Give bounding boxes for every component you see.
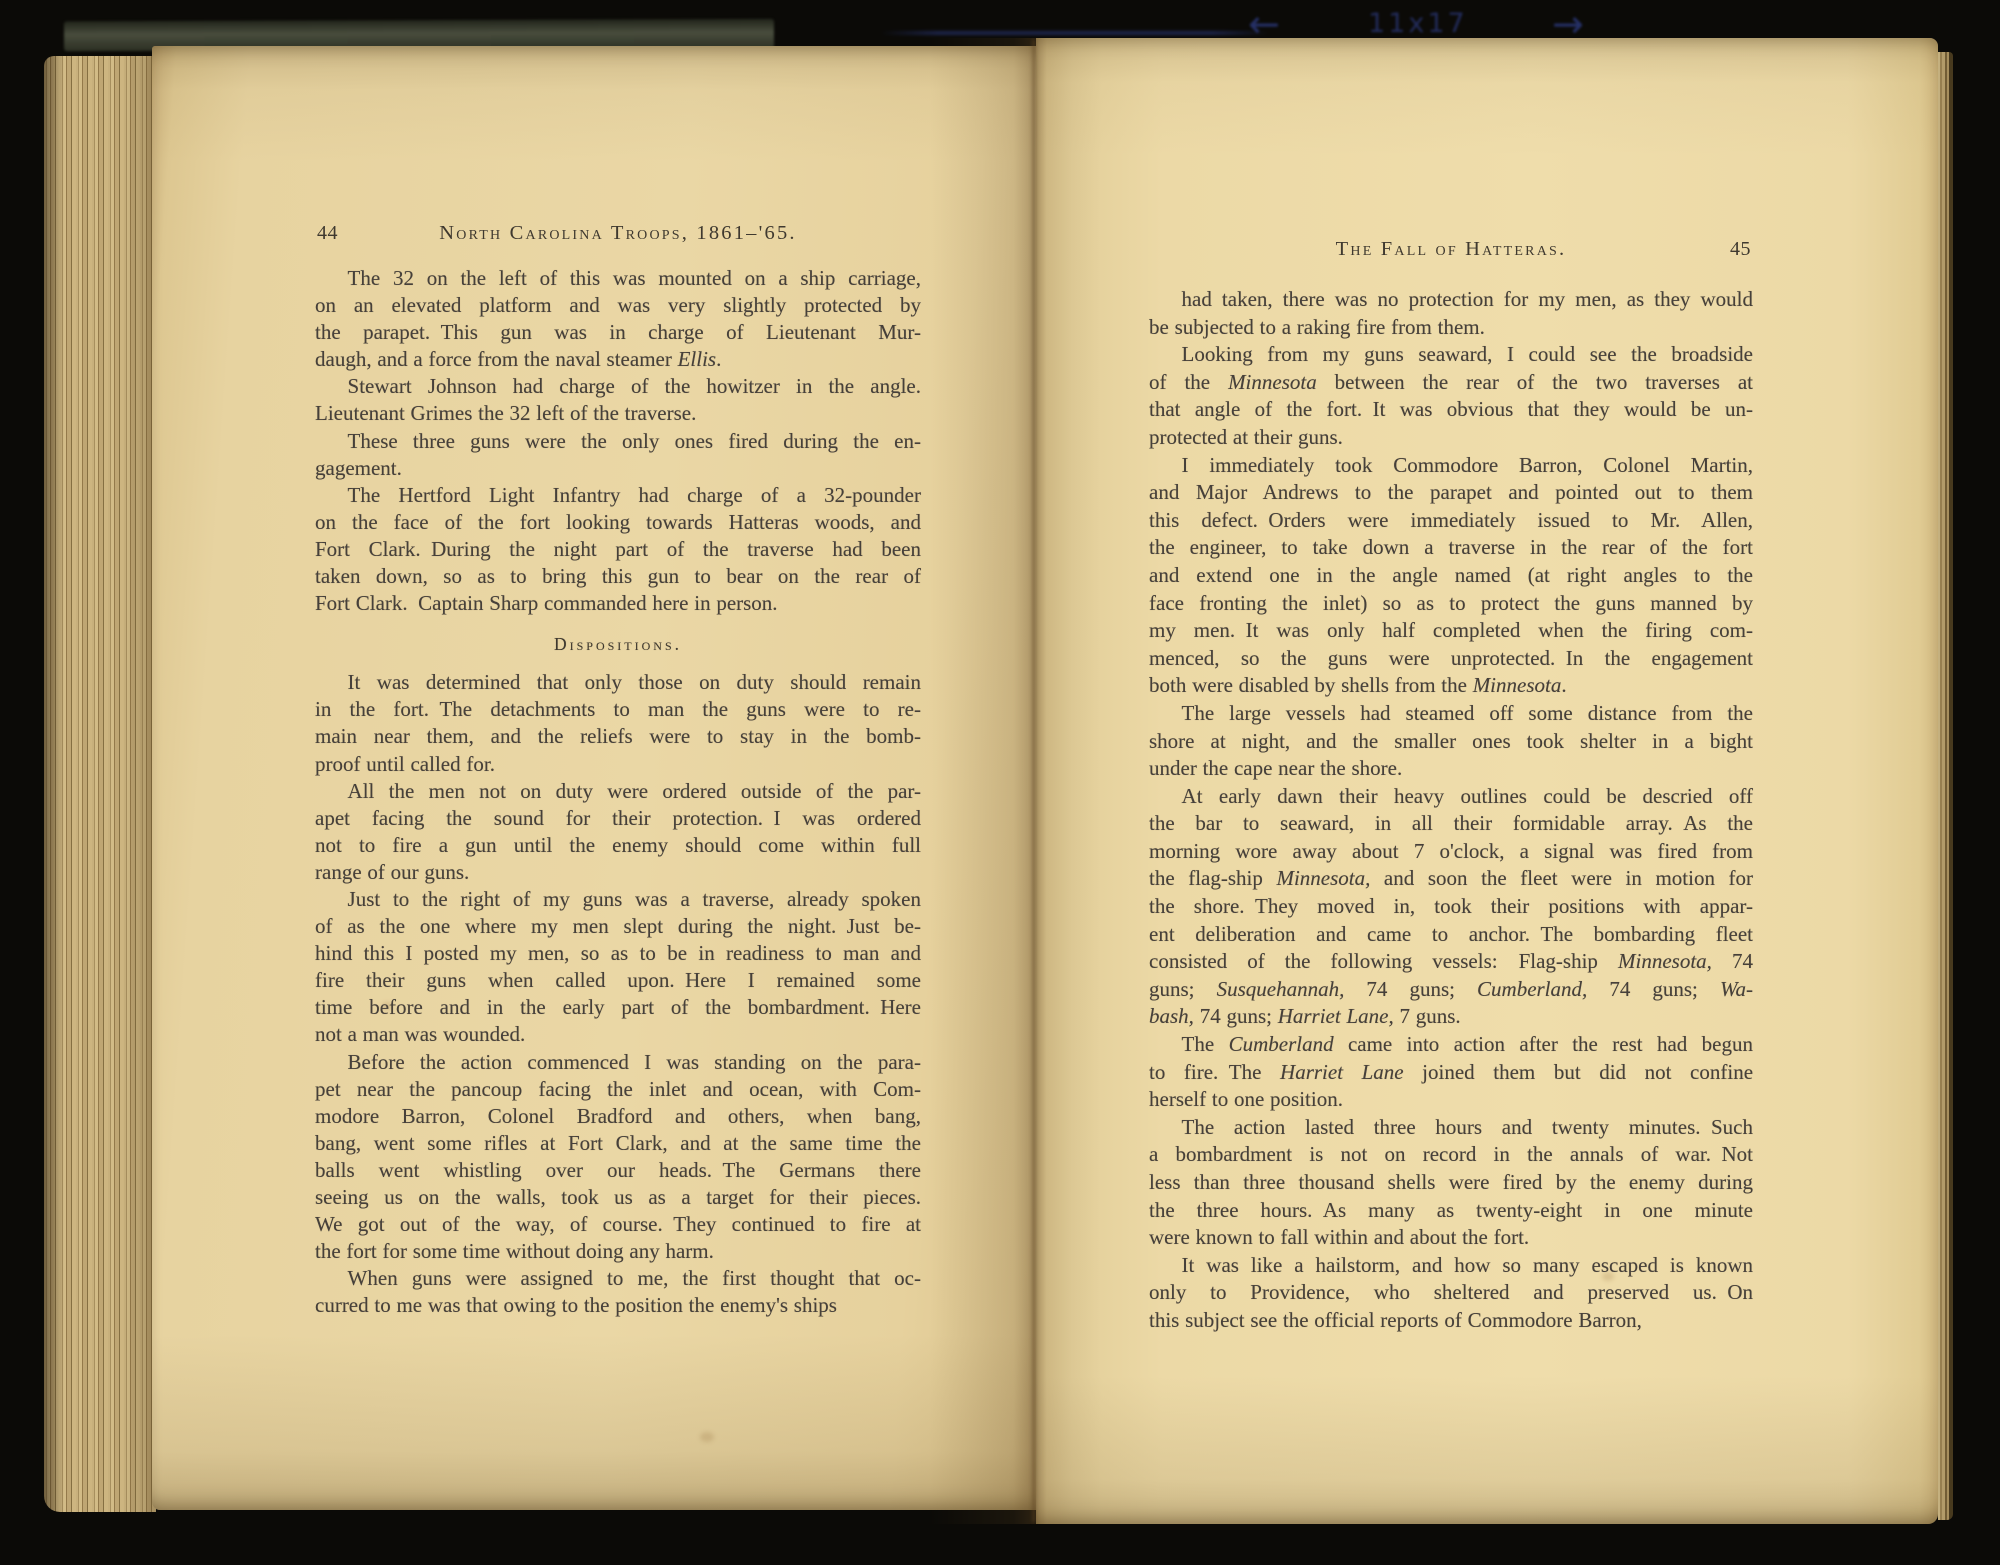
text-line: time before and in the early part of the… (315, 994, 921, 1021)
text-line: that angle of the fort. It was obvious t… (1149, 396, 1753, 424)
text-line: apet facing the sound for their protecti… (315, 805, 921, 832)
text-line: face fronting the inlet) so as to protec… (1149, 590, 1753, 618)
text-line: the flag-ship Minnesota, and soon the fl… (1149, 865, 1753, 893)
paragraph: had taken, there was no protection for m… (1149, 286, 1753, 341)
text-line: were known to fall within and about the … (1149, 1224, 1753, 1252)
text-line: and extend one in the angle named (at ri… (1149, 562, 1753, 590)
text-line: bash, 74 guns; Harriet Lane, 7 guns. (1149, 1003, 1753, 1031)
text-line: only to Providence, who sheltered and pr… (1149, 1279, 1753, 1307)
paragraph: The Cumberland came into action after th… (1149, 1031, 1753, 1114)
text-line: fire their guns when called upon. Here I… (315, 967, 921, 994)
text-line: shore at night, and the smaller ones too… (1149, 728, 1753, 756)
text-line: The Cumberland came into action after th… (1149, 1031, 1753, 1059)
paragraph: It was determined that only those on dut… (315, 669, 921, 777)
text-line: curred to me was that owing to the posit… (315, 1292, 921, 1319)
age-spot (700, 1432, 714, 1442)
paragraph: When guns were assigned to me, the first… (315, 1265, 921, 1319)
text-line: less than three thousand shells were fir… (1149, 1169, 1753, 1197)
ship-name: Ellis (678, 347, 717, 371)
paragraph: The action lasted three hours and twenty… (1149, 1114, 1753, 1252)
text-line: had taken, there was no protection for m… (1149, 286, 1753, 314)
text-line: ent deliberation and came to anchor. The… (1149, 921, 1753, 949)
text-line: These three guns were the only ones fire… (315, 428, 921, 455)
text-line: Fort Clark. During the night part of the… (315, 536, 921, 563)
text-line: The large vessels had steamed off some d… (1149, 700, 1753, 728)
ship-name: Cumberland (1229, 1032, 1334, 1056)
text-line: I immediately took Commodore Barron, Col… (1149, 452, 1753, 480)
right-page-content: The Fall of Hatteras. 45 had taken, ther… (1149, 236, 1753, 1335)
scanned-book-spread: ← 11x17 → 44 North Carolina Troops, 1861… (0, 0, 2000, 1565)
paragraph: Stewart Johnson had charge of the howitz… (315, 373, 921, 427)
ship-name: Minnesota (1228, 370, 1317, 394)
text-line: on the face of the fort looking towards … (315, 509, 921, 536)
text-line: It was determined that only those on dut… (315, 669, 921, 696)
text-line: be subjected to a raking fire from them. (1149, 314, 1753, 342)
paragraph: The large vessels had steamed off some d… (1149, 700, 1753, 783)
ship-name: Cumberland, (1477, 977, 1587, 1001)
paragraph: The Hertford Light Infantry had charge o… (315, 482, 921, 617)
paragraph: Looking from my guns seaward, I could se… (1149, 341, 1753, 451)
paragraph: All the men not on duty were ordered out… (315, 778, 921, 886)
page-number-left: 44 (317, 220, 338, 246)
text-line: proof until called for. (315, 751, 921, 778)
ship-name: Susquehannah, (1217, 977, 1345, 1001)
text-line: modore Barron, Colonel Bradford and othe… (315, 1103, 921, 1130)
text-line: both were disabled by shells from the Mi… (1149, 672, 1753, 700)
text-line: range of our guns. (315, 859, 921, 886)
scan-ruler-line (880, 31, 1270, 35)
text-line: At early dawn their heavy outlines could… (1149, 783, 1753, 811)
text-line: balls went whistling over our heads. The… (315, 1157, 921, 1184)
text-line: Fort Clark. Captain Sharp commanded here… (315, 590, 921, 617)
text-line: the bar to seaward, in all their formida… (1149, 810, 1753, 838)
ship-name: Minnesota, (1276, 866, 1370, 890)
text-line: taken down, so as to bring this gun to b… (315, 563, 921, 590)
paragraph: The 32 on the left of this was mounted o… (315, 265, 921, 373)
text-line: a bombardment is not on record in the an… (1149, 1141, 1753, 1169)
text-line: Before the action commenced I was standi… (315, 1049, 921, 1076)
paragraph: It was like a hailstorm, and how so many… (1149, 1252, 1753, 1335)
paragraph: Before the action commenced I was standi… (315, 1049, 921, 1266)
text-line: We got out of the way, of course. They c… (315, 1211, 921, 1238)
text-line: morning wore away about 7 o'clock, a sig… (1149, 838, 1753, 866)
text-line: this defect. Orders were immediately iss… (1149, 507, 1753, 535)
paragraph: Just to the right of my guns was a trave… (315, 886, 921, 1049)
text-line: Stewart Johnson had charge of the howitz… (315, 373, 921, 400)
ship-name: Harriet Lane (1280, 1060, 1404, 1084)
ship-name: Harriet Lane, (1278, 1004, 1394, 1028)
right-page-body: had taken, there was no protection for m… (1149, 286, 1753, 1335)
text-line: bang, went some rifles at Fort Clark, an… (315, 1130, 921, 1157)
text-line: hind this I posted my men, so as to be i… (315, 940, 921, 967)
text-line: When guns were assigned to me, the first… (315, 1265, 921, 1292)
ship-name: Minnesota, (1618, 949, 1712, 973)
paragraph: These three guns were the only ones fire… (315, 428, 921, 482)
running-header-left: 44 North Carolina Troops, 1861–'65. (315, 220, 921, 246)
text-line: the engineer, to take down a traverse in… (1149, 534, 1753, 562)
text-line: to fire. The Harriet Lane joined them bu… (1149, 1059, 1753, 1087)
text-line: herself to one position. (1149, 1086, 1753, 1114)
scan-size-annotation: 11x17 (1368, 8, 1468, 39)
running-header-title-left: North Carolina Troops, 1861–'65. (439, 222, 797, 244)
left-page-content: 44 North Carolina Troops, 1861–'65. The … (315, 220, 921, 1319)
text-line: this subject see the official reports of… (1149, 1307, 1753, 1335)
text-line: of the Minnesota between the rear of the… (1149, 369, 1753, 397)
text-line: daugh, and a force from the naval steame… (315, 346, 921, 373)
text-line: It was like a hailstorm, and how so many… (1149, 1252, 1753, 1280)
text-line: protected at their guns. (1149, 424, 1753, 452)
text-line: the parapet. This gun was in charge of L… (315, 319, 921, 346)
ship-name: Wa- (1720, 977, 1753, 1001)
ship-name: bash, (1149, 1004, 1194, 1028)
text-line: consisted of the following vessels: Flag… (1149, 948, 1753, 976)
left-page-body: The 32 on the left of this was mounted o… (315, 265, 921, 1319)
text-line: not a man was wounded. (315, 1021, 921, 1048)
text-line: Looking from my guns seaward, I could se… (1149, 341, 1753, 369)
running-header-right: The Fall of Hatteras. 45 (1149, 236, 1753, 262)
running-header-title-right: The Fall of Hatteras. (1336, 238, 1567, 260)
text-line: The action lasted three hours and twenty… (1149, 1114, 1753, 1142)
text-line: on an elevated platform and was very sli… (315, 292, 921, 319)
text-line: the fort for some time without doing any… (315, 1238, 921, 1265)
text-line: gagement. (315, 455, 921, 482)
right-page-edges (1938, 52, 1953, 1520)
text-line: the three hours. As many as twenty-eight… (1149, 1197, 1753, 1225)
text-line: the shore. They moved in, took their pos… (1149, 893, 1753, 921)
paragraph: I immediately took Commodore Barron, Col… (1149, 452, 1753, 700)
text-line: main near them, and the reliefs were to … (315, 723, 921, 750)
page-stack-fore-edge (44, 56, 156, 1512)
text-line: The Hertford Light Infantry had charge o… (315, 482, 921, 509)
text-line: All the men not on duty were ordered out… (315, 778, 921, 805)
text-line: of as the one where my men slept during … (315, 913, 921, 940)
text-line: guns; Susquehannah, 74 guns; Cumberland,… (1149, 976, 1753, 1004)
text-line: under the cape near the shore. (1149, 755, 1753, 783)
page-number-right: 45 (1730, 236, 1751, 262)
text-line: my men. It was only half completed when … (1149, 617, 1753, 645)
text-line: and Major Andrews to the parapet and poi… (1149, 479, 1753, 507)
text-line: Just to the right of my guns was a trave… (315, 886, 921, 913)
text-line: menced, so the guns were unprotected. In… (1149, 645, 1753, 673)
section-heading: Dispositions. (315, 631, 921, 658)
text-line: seeing us on the walls, took us as a tar… (315, 1184, 921, 1211)
text-line: in the fort. The detachments to man the … (315, 696, 921, 723)
paragraph: At early dawn their heavy outlines could… (1149, 783, 1753, 1031)
ship-name: Minnesota (1473, 673, 1562, 697)
text-line: pet near the pancoup facing the inlet an… (315, 1076, 921, 1103)
text-line: Lieutenant Grimes the 32 left of the tra… (315, 400, 921, 427)
text-line: not to fire a gun until the enemy should… (315, 832, 921, 859)
text-line: The 32 on the left of this was mounted o… (315, 265, 921, 292)
gutter-crease (1032, 40, 1036, 1522)
